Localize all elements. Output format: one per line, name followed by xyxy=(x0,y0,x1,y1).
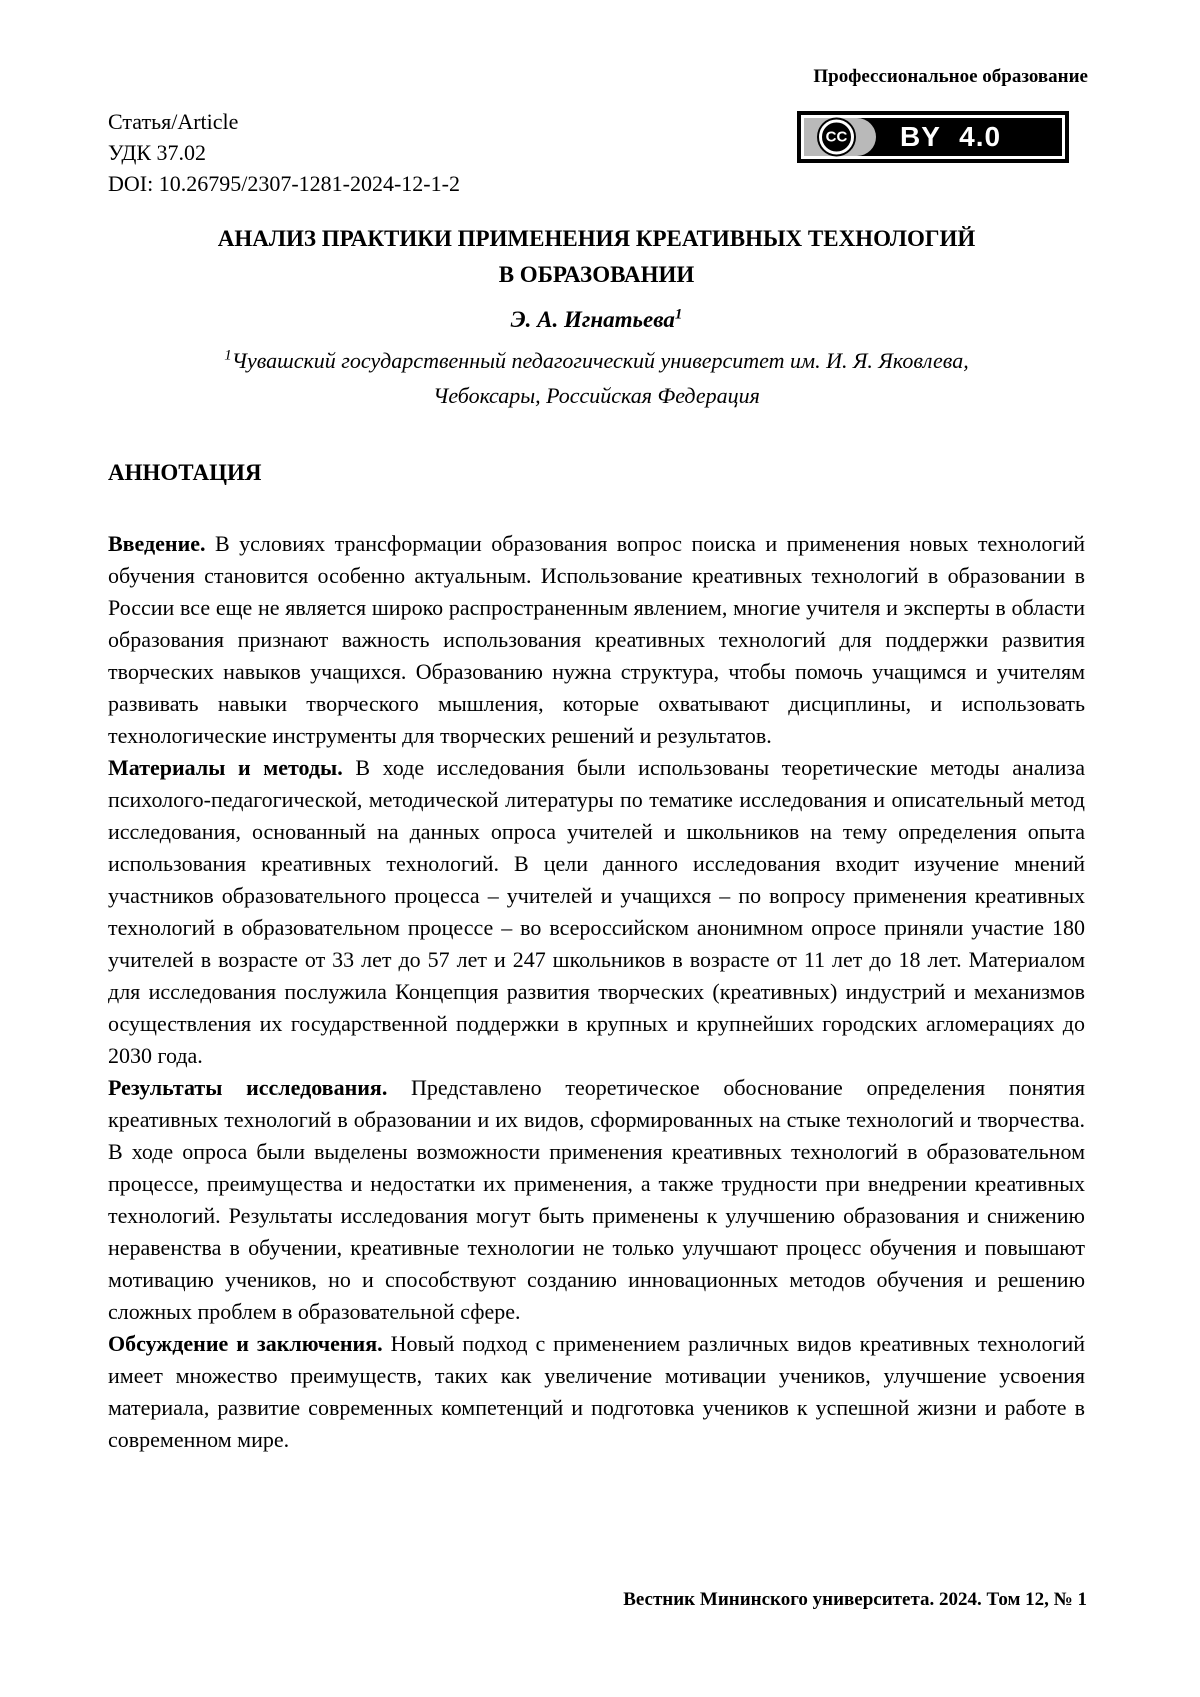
cc-logo-panel: CC xyxy=(804,118,876,156)
author-line: Э. А. Игнатьева1 xyxy=(108,307,1085,333)
affiliation: 1Чувашский государственный педагогически… xyxy=(108,343,1085,413)
article-page: Профессиональное образование Статья/Arti… xyxy=(0,0,1200,1697)
author-affiliation-superscript: 1 xyxy=(675,306,683,322)
udk-number: УДК 37.02 xyxy=(108,137,460,168)
title-line-2: В ОБРАЗОВАНИИ xyxy=(108,257,1085,293)
section-label: Профессиональное образование xyxy=(813,66,1088,88)
journal-footer: Вестник Мининского университета. 2024. Т… xyxy=(623,1589,1087,1611)
paragraph-text-materials-methods: В ходе исследования были использованы те… xyxy=(108,755,1085,1068)
paragraph-text-results: Представлено теоретическое обоснование о… xyxy=(108,1075,1085,1324)
abstract-paragraph-results: Результаты исследования. Представлено те… xyxy=(108,1072,1085,1328)
paragraph-lead-results: Результаты исследования. xyxy=(108,1075,387,1100)
cc-badge-inner: CC BY 4.0 xyxy=(804,118,1062,156)
cc-by-license-badge: CC BY 4.0 xyxy=(797,111,1069,163)
affiliation-superscript: 1 xyxy=(224,348,232,364)
author-name: Э. А. Игнатьева xyxy=(511,307,675,332)
paragraph-lead-materials-methods: Материалы и методы. xyxy=(108,755,343,780)
affiliation-line-1: 1Чувашский государственный педагогически… xyxy=(108,343,1085,378)
affiliation-line-2: Чебоксары, Российская Федерация xyxy=(108,378,1085,413)
abstract-body: Введение. В условиях трансформации образ… xyxy=(108,528,1085,1456)
abstract-heading: АННОТАЦИЯ xyxy=(108,460,261,486)
paragraph-text-introduction: В условиях трансформации образования воп… xyxy=(108,531,1085,748)
abstract-paragraph-introduction: Введение. В условиях трансформации образ… xyxy=(108,528,1085,752)
paragraph-lead-introduction: Введение. xyxy=(108,531,206,556)
doi-text: DOI: 10.26795/2307-1281-2024-12-1-2 xyxy=(108,168,460,199)
cc-icon-text: CC xyxy=(826,129,848,146)
article-type: Статья/Article xyxy=(108,106,460,137)
article-title: АНАЛИЗ ПРАКТИКИ ПРИМЕНЕНИЯ КРЕАТИВНЫХ ТЕ… xyxy=(108,221,1085,293)
cc-icon: CC xyxy=(819,120,854,155)
cc-license-label: BY 4.0 xyxy=(900,121,1001,153)
abstract-paragraph-materials-methods: Материалы и методы. В ходе исследования … xyxy=(108,752,1085,1072)
article-meta: Статья/Article УДК 37.02 DOI: 10.26795/2… xyxy=(108,106,460,199)
affiliation-line-1-text: Чувашский государственный педагогический… xyxy=(232,348,969,373)
title-line-1: АНАЛИЗ ПРАКТИКИ ПРИМЕНЕНИЯ КРЕАТИВНЫХ ТЕ… xyxy=(108,221,1085,257)
paragraph-lead-discussion-conclusions: Обсуждение и заключения. xyxy=(108,1331,383,1356)
abstract-paragraph-discussion-conclusions: Обсуждение и заключения. Новый подход с … xyxy=(108,1328,1085,1456)
